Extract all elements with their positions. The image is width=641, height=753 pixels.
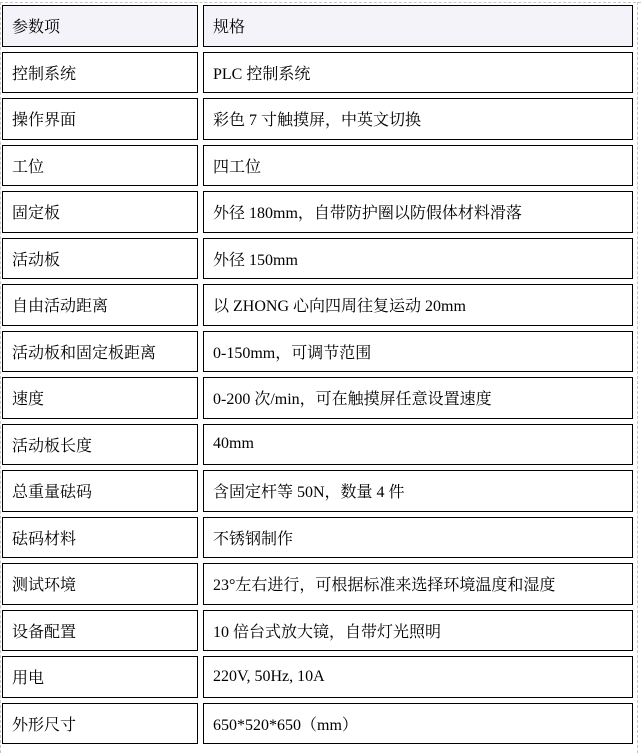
spec-cell: PLC 控制系统 [203,52,633,94]
table-row: 自由活动距离 以 ZHONG 心向四周往复运动 20mm [2,284,633,326]
param-cell: 操作界面 [2,98,198,140]
param-cell: 外形尺寸 [2,703,198,745]
header-row: 参数项 规格 [2,5,633,47]
spec-cell: 不锈钢制作 [203,517,633,559]
param-cell: 活动板 [2,238,198,280]
table-row: 总重量砝码 含固定杆等 50N，数量 4 件 [2,470,633,512]
table-row: 设备配置 10 倍台式放大镜，自带灯光照明 [2,610,633,652]
param-cell: 活动板和固定板距离 [2,331,198,373]
param-cell: 控制系统 [2,52,198,94]
spec-cell: 四工位 [203,145,633,187]
param-cell: 用电 [2,656,198,698]
table-row: 操作界面 彩色 7 寸触摸屏，中英文切换 [2,98,633,140]
param-cell: 固定板 [2,191,198,233]
param-cell: 设备配置 [2,610,198,652]
table-row: 活动板 外径 150mm [2,238,633,280]
table-row: 活动板长度 40mm [2,424,633,466]
spec-cell: 外径 180mm，自带防护圈以防假体材料滑落 [203,191,633,233]
param-cell: 速度 [2,377,198,419]
param-cell: 自由活动距离 [2,284,198,326]
table-row: 外形尺寸 650*520*650（mm） [2,703,633,745]
spec-table-body: 控制系统 PLC 控制系统 操作界面 彩色 7 寸触摸屏，中英文切换 工位 四工… [2,52,633,745]
param-cell: 总重量砝码 [2,470,198,512]
spec-cell: 含固定杆等 50N，数量 4 件 [203,470,633,512]
table-row: 测试环境 23°左右进行，可根据标准来选择环境温度和湿度 [2,563,633,605]
header-cell-spec: 规格 [203,5,633,47]
table-row: 固定板 外径 180mm，自带防护圈以防假体材料滑落 [2,191,633,233]
table-row: 砝码材料 不锈钢制作 [2,517,633,559]
spec-table: 参数项 规格 控制系统 PLC 控制系统 操作界面 彩色 7 寸触摸屏，中英文切… [0,0,638,749]
param-cell: 工位 [2,145,198,187]
spec-cell: 220V, 50Hz, 10A [203,656,633,698]
spec-cell: 外径 150mm [203,238,633,280]
spec-cell: 彩色 7 寸触摸屏，中英文切换 [203,98,633,140]
spec-cell: 10 倍台式放大镜，自带灯光照明 [203,610,633,652]
spec-cell: 40mm [203,424,633,466]
table-row: 工位 四工位 [2,145,633,187]
table-row: 控制系统 PLC 控制系统 [2,52,633,94]
table-row: 速度 0-200 次/min，可在触摸屏任意设置速度 [2,377,633,419]
header-cell-param: 参数项 [2,5,198,47]
table-row: 用电 220V, 50Hz, 10A [2,656,633,698]
param-cell: 活动板长度 [2,424,198,466]
spec-cell: 23°左右进行，可根据标准来选择环境温度和湿度 [203,563,633,605]
table-row: 活动板和固定板距离 0-150mm，可调节范围 [2,331,633,373]
param-cell: 测试环境 [2,563,198,605]
spec-cell: 650*520*650（mm） [203,703,633,745]
param-cell: 砝码材料 [2,517,198,559]
spec-cell: 0-200 次/min，可在触摸屏任意设置速度 [203,377,633,419]
spec-cell: 0-150mm，可调节范围 [203,331,633,373]
spec-cell: 以 ZHONG 心向四周往复运动 20mm [203,284,633,326]
